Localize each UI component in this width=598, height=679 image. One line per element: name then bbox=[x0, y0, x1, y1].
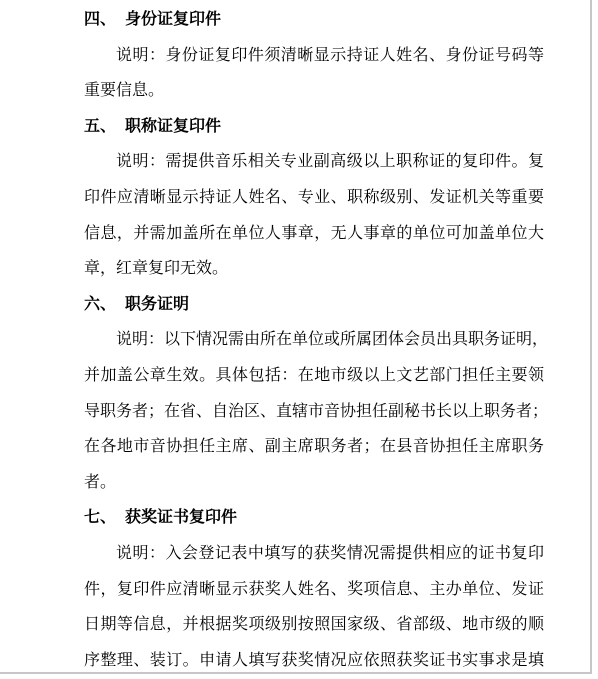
paragraph-line: 重要信息。 bbox=[84, 73, 544, 109]
heading-number: 四、 bbox=[84, 11, 116, 28]
paragraph-line: 导职务者；在省、自治区、直辖市音协担任副秘书长以上职务者； bbox=[84, 394, 544, 430]
paragraph-line: 说明：入会登记表中填写的获奖情况需提供相应的证书复印 bbox=[84, 536, 544, 572]
heading-number: 六、 bbox=[84, 296, 116, 313]
paragraph-line: 日期等信息，并根据奖项级别按照国家级、省部级、地市级的顺 bbox=[84, 607, 544, 643]
document-page: 四、身份证复印件 说明：身份证复印件须清晰显示持证人姓名、身份证号码等 重要信息… bbox=[0, 0, 592, 674]
paragraph-line: 信息，并需加盖所在单位人事章，无人事章的单位可加盖单位大 bbox=[84, 216, 544, 252]
section-award-certificate-copy: 七、获奖证书复印件 说明：入会登记表中填写的获奖情况需提供相应的证书复印 件，复… bbox=[84, 500, 544, 678]
paragraph-line: 章，红章复印无效。 bbox=[84, 251, 544, 287]
heading-title: 获奖证书复印件 bbox=[125, 509, 237, 526]
document-content: 四、身份证复印件 说明：身份证复印件须清晰显示持证人姓名、身份证号码等 重要信息… bbox=[84, 2, 544, 678]
heading-title: 职务证明 bbox=[125, 296, 189, 313]
paragraph-line: 在各地市音协担任主席、副主席职务者；在县音协担任主席职务 bbox=[84, 429, 544, 465]
paragraph-line: 说明：以下情况需由所在单位或所属团体会员出具职务证明， bbox=[84, 322, 544, 358]
section-position-proof: 六、职务证明 说明：以下情况需由所在单位或所属团体会员出具职务证明， 并加盖公章… bbox=[84, 287, 544, 501]
heading-number: 五、 bbox=[84, 118, 116, 135]
paragraph-line: 件，复印件应清晰显示获奖人姓名、奖项信息、主办单位、发证 bbox=[84, 572, 544, 608]
paragraph-line: 序整理、装订。申请人填写获奖情况应依照获奖证书实事求是填 bbox=[84, 643, 544, 679]
paragraph-line: 印件应清晰显示持证人姓名、专业、职称级别、发证机关等重要 bbox=[84, 180, 544, 216]
heading-number: 七、 bbox=[84, 509, 116, 526]
section-heading: 七、获奖证书复印件 bbox=[84, 500, 544, 536]
heading-title: 身份证复印件 bbox=[125, 11, 221, 28]
section-id-copy: 四、身份证复印件 说明：身份证复印件须清晰显示持证人姓名、身份证号码等 重要信息… bbox=[84, 2, 544, 109]
paragraph-line: 说明：需提供音乐相关专业副高级以上职称证的复印件。复 bbox=[84, 144, 544, 180]
document-viewport: 四、身份证复印件 说明：身份证复印件须清晰显示持证人姓名、身份证号码等 重要信息… bbox=[0, 0, 598, 679]
paragraph-line: 说明：身份证复印件须清晰显示持证人姓名、身份证号码等 bbox=[84, 38, 544, 74]
section-heading: 六、职务证明 bbox=[84, 287, 544, 323]
section-title-certificate-copy: 五、职称证复印件 说明：需提供音乐相关专业副高级以上职称证的复印件。复 印件应清… bbox=[84, 109, 544, 287]
section-heading: 五、职称证复印件 bbox=[84, 109, 544, 145]
section-heading: 四、身份证复印件 bbox=[84, 2, 544, 38]
heading-title: 职称证复印件 bbox=[125, 118, 221, 135]
paragraph-line: 并加盖公章生效。具体包括：在地市级以上文艺部门担任主要领 bbox=[84, 358, 544, 394]
paragraph-line: 者。 bbox=[84, 465, 544, 501]
